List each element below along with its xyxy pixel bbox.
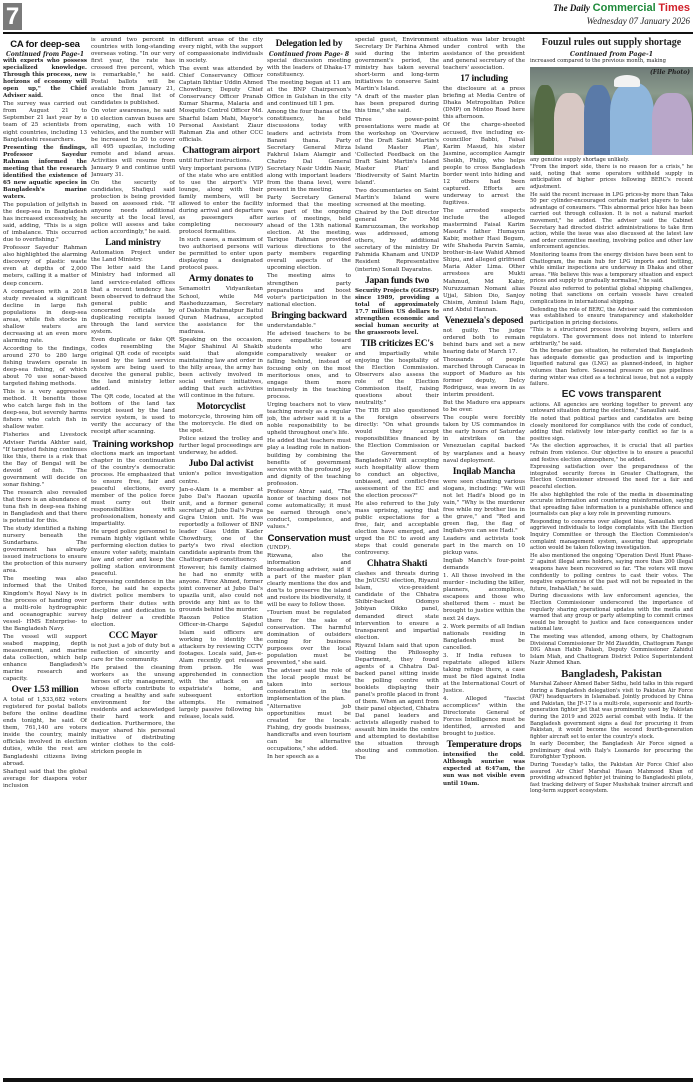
paragraph: (UNDP). bbox=[267, 545, 351, 552]
paragraph: He added that teachers must play a leadi… bbox=[267, 438, 351, 487]
headline: Motorcyclist bbox=[179, 402, 263, 413]
photo-caption: (File Photo) bbox=[650, 70, 690, 77]
paragraph: Very important persons (VIP) of the stat… bbox=[179, 166, 263, 236]
issue-date: Wednesday 07 January 2026 bbox=[553, 15, 690, 27]
headline: Temperature drops bbox=[443, 740, 525, 751]
paragraph: He urged police personnel to remain high… bbox=[91, 529, 175, 578]
paragraph: Party Secretary General informed that th… bbox=[267, 195, 351, 273]
paragraph: Rizwana, also the information and broadc… bbox=[267, 553, 351, 609]
paragraph: Among the four thanas of the constituenc… bbox=[267, 109, 351, 194]
paragraph: In her speech as a bbox=[267, 754, 351, 761]
paragraph: The vessel will support seabed mapping, … bbox=[3, 634, 87, 683]
pakistan-body: Marshal Zaheer Ahmed Baber Sidhu, held t… bbox=[530, 681, 693, 795]
headline: Training workshop bbox=[91, 439, 175, 450]
paragraph: According to the findings, around 270 to… bbox=[3, 346, 87, 388]
paragraph: Senamoitri Vidyaniketan School, while Md… bbox=[179, 286, 263, 335]
brand: The Daily Commercial Times Wednesday 07 … bbox=[553, 2, 690, 27]
paragraph: Speaking on the occasion, Major Shahinul… bbox=[179, 337, 263, 400]
headline: Army donates to bbox=[179, 274, 263, 285]
paragraph: Riyazul Islam said that upon visiting th… bbox=[355, 643, 439, 763]
paragraph: The survey was carried out from August 2… bbox=[3, 101, 87, 143]
paragraph: Police seized the trolley and further le… bbox=[179, 436, 263, 457]
continued-label: Continued from Page- 8 bbox=[267, 51, 351, 58]
paragraph: the disclosure at a press briefing at Me… bbox=[443, 86, 525, 121]
paragraph: The meeting was attended, among others, … bbox=[530, 634, 693, 667]
paragraph: Monitoring teams from the energy divisio… bbox=[530, 252, 693, 285]
headline: Land ministry bbox=[91, 238, 175, 249]
column-6: situation was later brought under contro… bbox=[443, 37, 525, 1075]
page-number: 7 bbox=[3, 3, 22, 30]
brand-times: Times bbox=[658, 2, 690, 14]
paragraph: Thousands of people marched through Cara… bbox=[443, 357, 525, 399]
headline: TIB criticizes EC's bbox=[355, 339, 439, 350]
paragraph: 4. Alleged "fascist accomplices" within … bbox=[443, 696, 525, 738]
headline: 17 including bbox=[443, 74, 525, 85]
headline: Bringing backward bbox=[267, 311, 351, 322]
paragraph: Fisheries and Livestock Adviser Farida A… bbox=[3, 432, 87, 488]
paragraph: Two documentaries on Saint Martin's Isla… bbox=[355, 188, 439, 209]
paragraph: "Alternative job opportunities must be c… bbox=[267, 704, 351, 753]
column-5: special guest, Environment Secretary Dr … bbox=[355, 37, 439, 1075]
paragraph: "Tourism must be regulated there for the… bbox=[267, 610, 351, 666]
paragraph: The research also revealed that there is… bbox=[3, 490, 87, 525]
paragraph: actions. All agencies are working togeth… bbox=[530, 402, 693, 415]
paragraph: He also referred to the July mass uprisi… bbox=[355, 501, 439, 557]
paragraph: not guilty. The judge ordered both to re… bbox=[443, 328, 525, 356]
paragraph: In early December, the Bangladesh Air Fo… bbox=[530, 741, 693, 761]
column-1: CA for deep-seaContinued from Page-1with… bbox=[3, 37, 87, 1075]
masthead: 7 The Daily Commercial Times Wednesday 0… bbox=[0, 0, 696, 34]
paragraph: He said the recent increase in LPG price… bbox=[530, 192, 693, 251]
paragraph: intensified the cold. Although sunrise w… bbox=[443, 752, 525, 787]
paragraph: The adviser said the role of the local p… bbox=[267, 668, 351, 703]
headline: Chhatra Shakti bbox=[355, 559, 439, 570]
headline: Inqilab Mancha bbox=[443, 467, 525, 478]
paragraph: Shafiqul said that the global average fo… bbox=[3, 769, 87, 790]
paragraph: "As the election approaches, it is cruci… bbox=[530, 443, 693, 463]
column-3: different areas of the city every night,… bbox=[179, 37, 263, 1075]
brand-the-daily: The Daily bbox=[553, 3, 590, 13]
paragraph: A total of 1,533,682 voters registered f… bbox=[3, 697, 87, 767]
paragraph: Inqilab Manch's four-point demands bbox=[443, 558, 525, 572]
paragraph: The meeting began at 11 am at the BNP Ch… bbox=[267, 80, 351, 108]
headline: Delegation led by bbox=[267, 39, 351, 50]
paragraph: understandable." bbox=[267, 323, 351, 330]
paragraph: any genuine supply shortage unlikely. bbox=[530, 157, 693, 164]
paragraph: The couple were forcibly taken by US com… bbox=[443, 415, 525, 464]
paragraph: 2. Work permits of all Indian nationals … bbox=[443, 624, 525, 652]
paragraph: until further instructions. bbox=[179, 158, 263, 165]
paragraph: is not just a job of duty but a reflecti… bbox=[91, 643, 175, 664]
fouzul-ec-pakistan-section: Fouzul rules out supply shortage Continu… bbox=[530, 37, 693, 1075]
paragraph: During discussions with law enforcement … bbox=[530, 593, 693, 633]
headline: Venezuela's deposed bbox=[443, 316, 525, 327]
paragraph: Security Projects (GGHSP) since 1989, pr… bbox=[355, 288, 439, 337]
paragraph: Expressing satisfaction over the prepare… bbox=[530, 464, 693, 490]
paragraph: The meeting aims to strengthen party pre… bbox=[267, 273, 351, 308]
paragraph: He noted that political parties and cand… bbox=[530, 416, 693, 442]
paragraph: The study identified a fishing nursery b… bbox=[3, 526, 87, 575]
fouzul-body: any genuine supply shortage unlikely."Fr… bbox=[530, 157, 693, 388]
paragraph: Professor Sayedur Rahman also highlighte… bbox=[3, 245, 87, 287]
paragraph: special guest, Environment Secretary Dr … bbox=[355, 37, 439, 93]
headline-fouzul: Fouzul rules out supply shortage bbox=[530, 37, 693, 49]
paragraph: He advised teachers to be more empatheti… bbox=[267, 331, 351, 401]
paragraph: The letter said the Land Ministry had in… bbox=[91, 265, 175, 335]
headline: CA for deep-sea bbox=[3, 39, 87, 50]
paragraph: Expressing confidence in the force, he s… bbox=[91, 579, 175, 628]
paragraph: This is a very aggressive method. It ben… bbox=[3, 389, 87, 431]
paragraph: 1. All those involved in the murder - in… bbox=[443, 573, 525, 622]
paragraph: The event was attended by Chief Conserva… bbox=[179, 66, 263, 144]
headline: Over 1.53 million bbox=[3, 685, 87, 696]
continued-label: Continued from Page-1 bbox=[3, 51, 87, 58]
ec-body: actions. All agencies are working togeth… bbox=[530, 402, 693, 667]
paragraph: Urging teachers not to view teaching mer… bbox=[267, 402, 351, 437]
paragraph: On the security of candidates, Shafiqul … bbox=[91, 180, 175, 236]
paragraph: Three power-point presentations were mad… bbox=[355, 117, 439, 187]
paragraph: Responding to concerns over alleged bias… bbox=[530, 519, 693, 552]
paragraph: with experts who possess specialized kno… bbox=[3, 58, 87, 100]
headline: CCC Mayor bbox=[91, 631, 175, 642]
paragraph: The population of jellyfish in the deep-… bbox=[3, 202, 87, 244]
column-2: is around two percent in countries with … bbox=[91, 37, 175, 1075]
paragraph: The TIB ED also questioned the foreign o… bbox=[355, 408, 439, 500]
paragraph: Even duplicate or fake QR codes resembli… bbox=[91, 337, 175, 393]
paragraph: He also mentioned the ongoing 'Operation… bbox=[530, 553, 693, 593]
paragraph: Defending the role of BERC, the Adviser … bbox=[530, 307, 693, 327]
paragraph: Raozan Police Station Officer-in-Charge … bbox=[179, 615, 263, 721]
paragraph: clashes and threats during the JnUCSU el… bbox=[355, 571, 439, 641]
headline-ec-vows: EC vows transparent bbox=[530, 389, 693, 401]
paragraph: The QR code, located at the bottom of th… bbox=[91, 394, 175, 436]
paragraph: special discussion meeting with the lead… bbox=[267, 58, 351, 79]
headline: Conservation must bbox=[267, 533, 351, 544]
paragraph: "This is a structured process involving … bbox=[530, 327, 693, 347]
column-4: Delegation led byContinued from Page- 8s… bbox=[267, 37, 351, 1075]
headline: Jubo Dal activist bbox=[179, 459, 263, 470]
paragraph: union's police investigation centre. bbox=[179, 471, 263, 485]
paragraph: different areas of the city every night,… bbox=[179, 37, 263, 65]
headline: Chattogram airport bbox=[179, 146, 263, 157]
paragraph: "A draft of the master plan has been pre… bbox=[355, 94, 439, 115]
paragraph: On voter awareness, he said 10 election … bbox=[91, 108, 175, 178]
paragraph: Professor Abrar said, "The honor of teac… bbox=[267, 489, 351, 531]
paragraph: But the Maduro era appears to be over. bbox=[443, 400, 525, 414]
paragraph: During Tuesday's talks, the Pakistan Air… bbox=[530, 762, 693, 795]
paragraph: situation was later brought under contro… bbox=[443, 37, 525, 72]
paragraph: He also highlighted the role of the medi… bbox=[530, 492, 693, 518]
paragraph: is around two percent in countries with … bbox=[91, 37, 175, 107]
paragraph: Jan-e-Alam is a member at Jubo Dal's Rao… bbox=[179, 487, 263, 565]
paragraph: "From the import side, there is no reaso… bbox=[530, 164, 693, 190]
paragraph: Presenting the findings, Professor Sayed… bbox=[3, 145, 87, 201]
paragraph: However, his family claimed he had no en… bbox=[179, 565, 263, 614]
paragraph: were seen chanting various slogans, incl… bbox=[443, 479, 525, 535]
paragraph: Automation Project under the Land Minist… bbox=[91, 250, 175, 264]
header-rule bbox=[3, 32, 693, 34]
brand-commercial: Commercial bbox=[593, 2, 656, 14]
paragraph: The meeting was also informed that the U… bbox=[3, 576, 87, 632]
paragraph: Leaders and activists took part in the m… bbox=[443, 536, 525, 557]
paragraph: A comparison with a 2018 study revealed … bbox=[3, 289, 87, 345]
footer-rule bbox=[3, 1078, 693, 1082]
paragraph: The arrested suspects include the allege… bbox=[443, 208, 525, 314]
paragraph: 3. If India refuses to repatriate allege… bbox=[443, 653, 525, 695]
brand-name: The Daily Commercial Times bbox=[553, 2, 690, 15]
paragraph: Fouzul also referred to potential global… bbox=[530, 286, 693, 306]
paragraph: elections mark an important chapter in t… bbox=[91, 451, 175, 529]
paragraph: Chaired by the DoE director general Dr M… bbox=[355, 210, 439, 273]
paragraph: He praised the cleaning workers as the u… bbox=[91, 665, 175, 757]
paragraph: In such cases, a maximum of two authoris… bbox=[179, 237, 263, 272]
paragraph: Marshal Zaheer Ahmed Baber Sidhu, held t… bbox=[530, 681, 693, 740]
paragraph: and impartially while enjoying the hospi… bbox=[355, 351, 439, 407]
paragraph: On the broader gas situation, he reitera… bbox=[530, 348, 693, 388]
headline-bangladesh-pakistan: Bangladesh, Pakistan bbox=[530, 668, 693, 680]
continued-label: Continued from Page-1 bbox=[530, 50, 693, 58]
file-photo: (File Photo) bbox=[530, 67, 693, 155]
headline: Japan funds two bbox=[355, 276, 439, 287]
lead-paragraph: increased compared to the previous month… bbox=[530, 58, 693, 65]
paragraph: motorcycle, throwing him off the motorcy… bbox=[179, 414, 263, 435]
paragraph: Of the charge-sheeted accused, five incl… bbox=[443, 122, 525, 207]
